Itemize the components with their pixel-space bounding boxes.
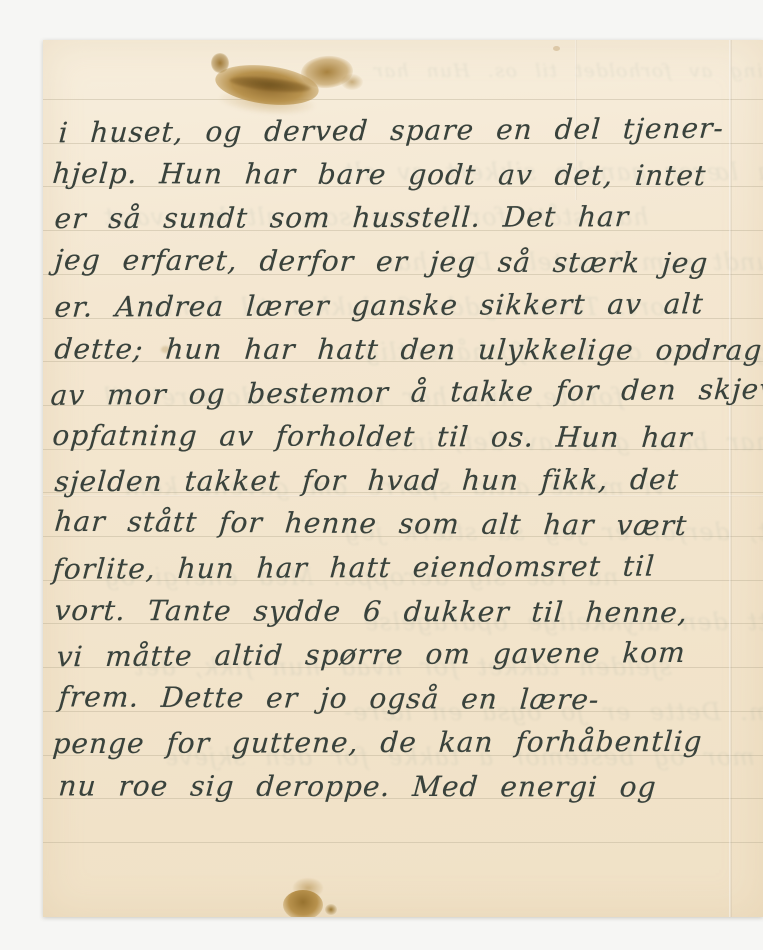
handwriting-line: jeg erfaret, derfor er jeg så stærk jeg xyxy=(53,232,708,279)
paper-speck xyxy=(553,46,560,51)
handwriting-line: opfatning av forholdet til os. Hun har xyxy=(51,408,706,454)
handwriting-line: er. Andrea lærer ganske sikkert av alt xyxy=(54,276,709,323)
handwriting-line: i huset, og derved spare en del tjener- xyxy=(58,101,713,150)
stain-blob xyxy=(283,890,323,917)
handwriting-line: er så sundt som husstell. Det har xyxy=(54,189,709,235)
handwriting-line: sjelden takket for hvad hun fikk, det xyxy=(54,451,709,497)
handwriting-line: vi måtte altid spørre om gavene kom xyxy=(56,625,711,674)
stain-blob xyxy=(325,904,337,915)
handwriting-line: hjelp. Hun har bare godt av det, intet xyxy=(51,146,706,192)
handwriting-line: forlite, hun har hatt eiendomsret til xyxy=(52,538,707,585)
ruled-line xyxy=(43,842,763,843)
handwriting-line: nu roe sig deroppe. Med energi og xyxy=(57,758,712,803)
handwriting-line: penge for guttene, de kan forhåbentlig xyxy=(52,714,707,760)
fold-crease-vertical xyxy=(729,40,732,917)
handwriting-line: har stått for henne som alt har vært xyxy=(53,494,708,543)
handwriting-line: dette; hun har hatt den ulykkelige opdra… xyxy=(53,321,708,366)
scanned-letter-scene: opfatning av forholdet til os. Hun harer… xyxy=(0,0,763,950)
handwriting-line: frem. Dette er jo også en lære- xyxy=(57,669,712,716)
stain-blob xyxy=(341,74,363,90)
letter-paper: opfatning av forholdet til os. Hun harer… xyxy=(43,40,763,917)
ghost-writing-line: opfatning av forholdet til os. Hun har xyxy=(373,60,763,82)
stain-blob xyxy=(211,53,229,73)
handwriting-line: av mor og bestemor å takke for den skjev… xyxy=(50,362,705,412)
ruled-line xyxy=(43,99,763,100)
handwriting-line: vort. Tante sydde 6 dukker til henne, xyxy=(53,583,708,629)
